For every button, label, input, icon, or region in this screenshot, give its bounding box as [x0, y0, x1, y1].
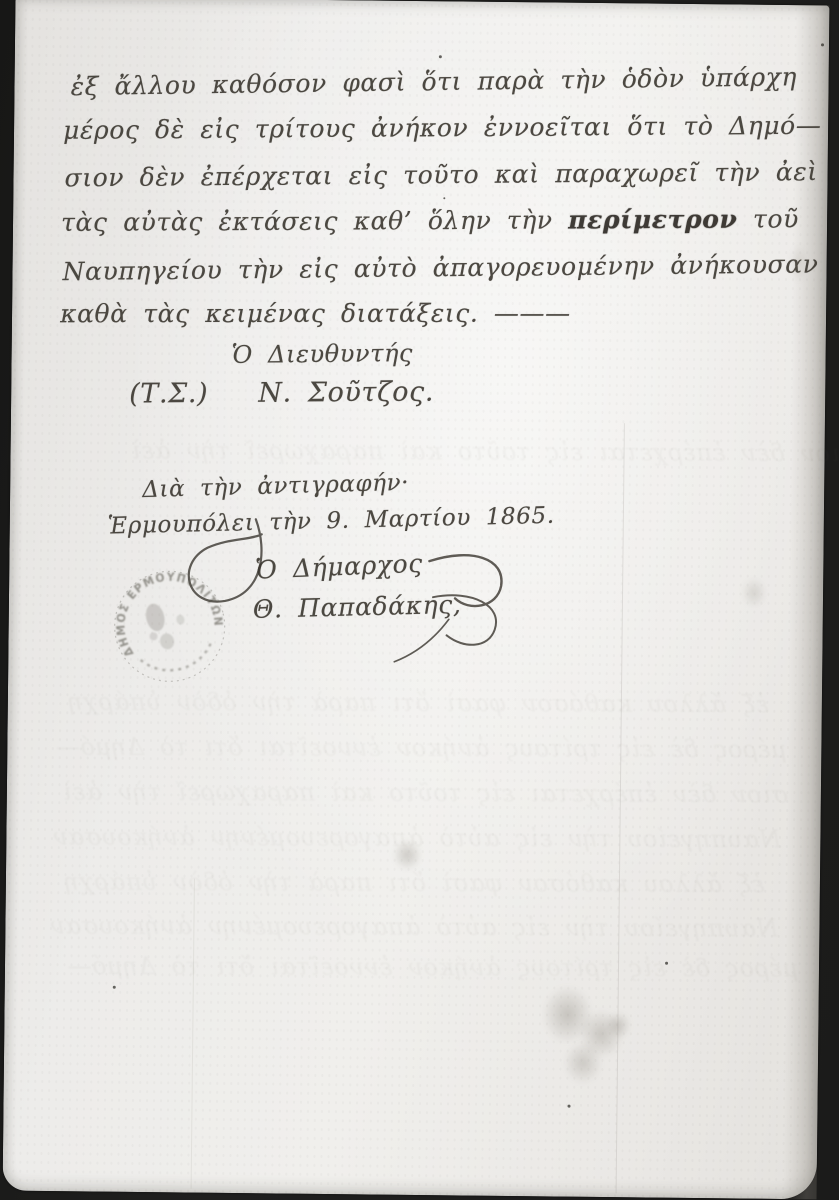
- stain-blob: [741, 577, 767, 609]
- bleedthrough-line: Ναυπηγείου τὴν εἰς αὐτὸ ἀπαγορευομένην ἀ…: [49, 912, 777, 943]
- fold-crease-vertical-right: [616, 423, 625, 1193]
- bleedthrough-line: μέρος δὲ εἰς τρίτους ἀνήκον ἐννοεῖται ὅτ…: [67, 952, 798, 983]
- stamp-laurel-arc: [141, 643, 215, 677]
- bleedthrough-line: Ναυπηγείου τὴν εἰς αὐτὸ ἀπαγορευομένην ἀ…: [52, 823, 780, 854]
- bleedthrough-line: ἐξ ἄλλου καθόσον φασὶ ὅτι παρὰ τὴν ὁδὸν …: [68, 688, 769, 719]
- mayor-signature: Θ. Παπαδάκης,: [253, 590, 462, 624]
- stamp-inner-emblem: [142, 597, 190, 652]
- paper-sheet: ἐξ ἄλλου καθόσον φασὶ ὅτι παρὰ τὴν ὁδὸν …: [3, 0, 830, 1199]
- line-4-text-end: τοῦ: [753, 204, 799, 233]
- stain-blob: [563, 1041, 603, 1085]
- director-signature: Ν. Σοῦτζος.: [258, 377, 434, 409]
- stain-blob: [605, 1011, 631, 1039]
- dust-speck: [567, 1105, 570, 1108]
- dust-speck: [443, 197, 445, 199]
- handwritten-line-1: ἐξ ἄλλου καθόσον φασὶ ὅτι παρὰ τὴν ὁδὸν …: [70, 62, 797, 101]
- municipal-stamp: ΔΗΜΟΣ ΕΡΜΟΥΠΟΛΙΤΩΝ: [95, 552, 244, 701]
- bleedthrough-line: σιον δὲν ἐπέρχεται εἰς τοῦτο καὶ παραχωρ…: [131, 436, 839, 467]
- handwritten-line-3: σιον δὲν ἐπέρχεται εἰς τοῦτο καὶ παραχωρ…: [64, 157, 817, 192]
- line-4-overwritten-word: περίμετρον: [568, 205, 737, 235]
- director-signature-line: (Τ.Σ.) Ν. Σοῦτζος.: [129, 377, 434, 410]
- dust-speck: [113, 986, 116, 989]
- line-4-text: τὰς αὐτὰς ἐκτάσεις καθ’ ὅλην τὴν: [61, 206, 553, 237]
- scanned-document-image: ἐξ ἄλλου καθόσον φασὶ ὅτι παρὰ τὴν ὁδὸν …: [0, 0, 839, 1200]
- bleedthrough-line: σιον δὲν ἐπέρχεται εἰς τοῦτο καὶ παραχωρ…: [62, 778, 789, 809]
- bleedthrough-line: ἐξ ἄλλου καθόσον φασὶ ὅτι παρὰ τὴν ὁδὸν …: [64, 868, 765, 899]
- bleedthrough-line: μέρος δὲ εἰς τρίτους ἀνήκον ἐννοεῖται ὅτ…: [55, 733, 786, 764]
- stain-blob: [578, 1009, 625, 1059]
- handwritten-line-6: καθὰ τὰς κειμένας διατάξεις. ———: [60, 299, 571, 329]
- dust-speck: [821, 43, 824, 46]
- certification-dateline: Ἑρμουπόλει τὴν 9. Μαρτίου 1865.: [108, 503, 555, 540]
- signature-tail-diagonal: [394, 619, 448, 663]
- director-title: Ὁ Διευθυντής: [231, 339, 413, 369]
- certification-intro: Διὰ τὴν ἀντιγραφήν·: [142, 470, 410, 503]
- handwritten-line-2: μέρος δὲ εἰς τρίτους ἀνήκον ἐννοεῖται ὅτ…: [63, 111, 821, 145]
- handwritten-line-5: Ναυπηγείου τὴν εἰς αὐτὸ ἀπαγορευομένην ἀ…: [62, 249, 818, 286]
- stain-blob: [541, 984, 594, 1045]
- dust-speck: [439, 55, 442, 58]
- handwritten-line-4: τὰς αὐτὰς ἐκτάσεις καθ’ ὅλην τὴν περίμετ…: [61, 204, 799, 237]
- mayor-title: Ὁ Δήμαρχος: [255, 549, 424, 585]
- seal-place-abbreviation: (Τ.Σ.): [129, 378, 208, 410]
